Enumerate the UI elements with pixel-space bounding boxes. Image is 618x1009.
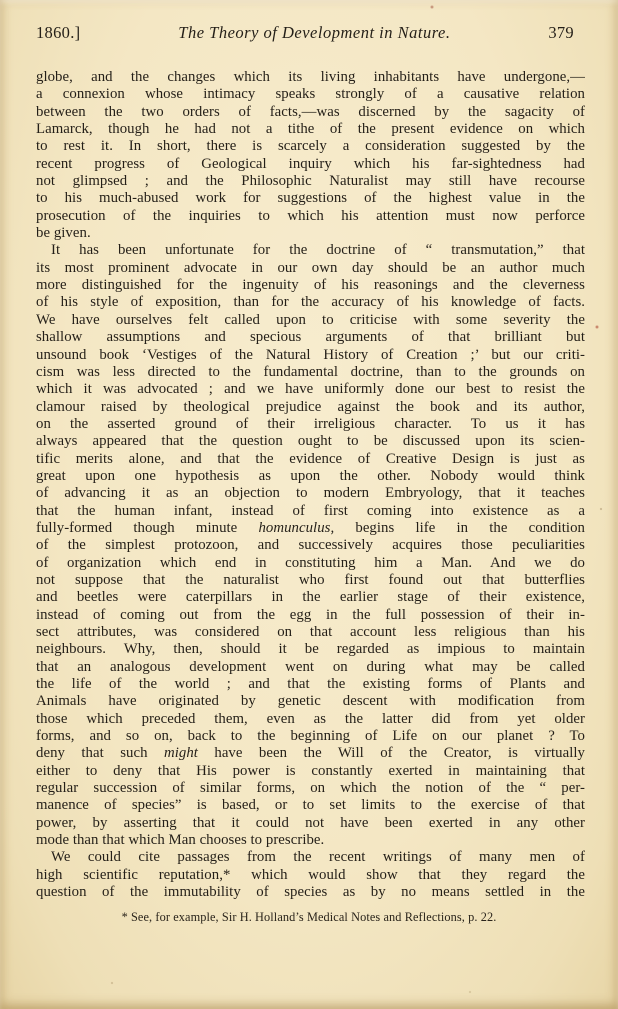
footnote: * See, for example, Sir H. Holland’s Med… — [0, 910, 618, 925]
text-line: that the human infant, instead of first … — [36, 503, 585, 520]
paragraph: We could cite passages from the recent w… — [36, 849, 585, 901]
text-line: to rest it. In short, there is scarcely … — [36, 138, 585, 155]
text-segment: of advancing it as an objection to moder… — [36, 485, 585, 501]
text-segment: fully-formed though minute — [36, 520, 258, 536]
text-line: mode than that which Man chooses to pres… — [36, 832, 585, 849]
text-segment: of the simplest protozoon, and successiv… — [36, 537, 585, 553]
text-segment: those which preceded them, even as the l… — [36, 711, 585, 727]
text-segment: It has been unfortunate for the doctrine… — [51, 242, 585, 258]
text-line: be given. — [36, 225, 585, 242]
text-line: of the simplest protozoon, and successiv… — [36, 537, 585, 554]
text-line: not glimpsed ; and the Philosophic Natur… — [36, 173, 585, 190]
text-line: high scientific reputation,* which would… — [36, 867, 585, 884]
text-segment: not glimpsed ; and the Philosophic Natur… — [36, 173, 585, 189]
text-segment: We have ourselves felt called upon to cr… — [36, 312, 585, 328]
page-header: 1860.] The Theory of Development in Natu… — [0, 0, 618, 43]
text-line: It has been unfortunate for the doctrine… — [36, 242, 585, 259]
text-line: great upon one hypothesis as upon the ot… — [36, 468, 585, 485]
text-segment: regular succession of similar forms, on … — [36, 780, 585, 796]
text-segment: Lamarck, though he had not a tithe of th… — [36, 121, 585, 137]
text-segment: to rest it. In short, there is scarcely … — [36, 138, 585, 154]
text-line: recent progress of Geological inquiry wh… — [36, 156, 585, 173]
text-line: more distinguished for the ingenuity of … — [36, 277, 585, 294]
text-segment: and beetles were caterpillars in the ear… — [36, 589, 585, 605]
text-segment: not suppose that the naturalist who firs… — [36, 572, 585, 588]
text-segment: shallow assumptions and specious argumen… — [36, 329, 585, 345]
text-segment: its most prominent advocate in our own d… — [36, 260, 585, 276]
text-segment: forms, and so on, back to the beginning … — [36, 728, 585, 744]
text-segment: have been the Will of the Creator, is vi… — [198, 745, 585, 761]
text-line: to his much-abused work for suggestions … — [36, 190, 585, 207]
italic-text-segment: homunculus, — [258, 520, 334, 536]
page-number: 379 — [548, 23, 574, 43]
text-line: power, by asserting that it could not ha… — [36, 815, 585, 832]
text-segment: recent progress of Geological inquiry wh… — [36, 156, 585, 172]
text-segment: We could cite passages from the recent w… — [51, 849, 585, 865]
text-segment: manence of species” is based, or to set … — [36, 797, 585, 813]
text-segment: be given. — [36, 225, 91, 241]
text-segment: always appeared that the question ought … — [36, 433, 585, 449]
text-line: of advancing it as an objection to moder… — [36, 485, 585, 502]
text-block: globe, and the changes which its living … — [36, 69, 585, 902]
text-segment: great upon one hypothesis as upon the ot… — [36, 468, 585, 484]
text-line: a connexion whose intimacy speaks strong… — [36, 86, 585, 103]
text-line: that an analogous development went on du… — [36, 659, 585, 676]
text-line: those which preceded them, even as the l… — [36, 711, 585, 728]
text-segment: either to deny that His power is constan… — [36, 763, 585, 779]
text-segment: prosecution of the inquiries to which hi… — [36, 208, 585, 224]
text-segment: neighbours. Why, then, should it be rega… — [36, 641, 585, 657]
text-line: and beetles were caterpillars in the ear… — [36, 589, 585, 606]
text-segment: that an analogous development went on du… — [36, 659, 585, 675]
text-line: question of the immutability of species … — [36, 884, 585, 901]
text-line: which it was advocated ; and we have uni… — [36, 381, 585, 398]
text-segment: clamour raised by theological prejudice … — [36, 399, 585, 415]
paragraph: It has been unfortunate for the doctrine… — [36, 242, 585, 849]
text-line: the life of the world ; and that the exi… — [36, 676, 585, 693]
text-segment: cism was less directed to the fundamenta… — [36, 364, 585, 380]
text-line: instead of coming out from the egg in th… — [36, 607, 585, 624]
text-line: between the two orders of facts,—was dis… — [36, 104, 585, 121]
text-segment: deny that such — [36, 745, 164, 761]
text-segment: which it was advocated ; and we have uni… — [36, 381, 585, 397]
text-segment: mode than that which Man chooses to pres… — [36, 832, 324, 848]
text-line: We could cite passages from the recent w… — [36, 849, 585, 866]
text-segment: of organization which end in constitutin… — [36, 555, 585, 571]
text-line: cism was less directed to the fundamenta… — [36, 364, 585, 381]
text-segment: of his style of exposition, than for the… — [36, 294, 585, 310]
text-line: clamour raised by theological prejudice … — [36, 399, 585, 416]
text-line: always appeared that the question ought … — [36, 433, 585, 450]
text-segment: tific merits alone, and that the evidenc… — [36, 451, 585, 467]
text-line: of his style of exposition, than for the… — [36, 294, 585, 311]
text-segment: to his much-abused work for suggestions … — [36, 190, 585, 206]
text-segment: Animals have originated by genetic desce… — [36, 693, 585, 709]
text-segment: question of the immutability of species … — [36, 884, 585, 900]
text-segment: begins life in the condition — [334, 520, 585, 536]
running-title: The Theory of Development in Nature. — [178, 23, 450, 43]
book-page: 1860.] The Theory of Development in Natu… — [0, 0, 618, 1009]
text-segment: that the human infant, instead of first … — [36, 503, 585, 519]
text-line: regular succession of similar forms, on … — [36, 780, 585, 797]
text-line: its most prominent advocate in our own d… — [36, 260, 585, 277]
text-segment: high scientific reputation,* which would… — [36, 867, 585, 883]
text-line: Lamarck, though he had not a tithe of th… — [36, 121, 585, 138]
text-line: forms, and so on, back to the beginning … — [36, 728, 585, 745]
text-line: prosecution of the inquiries to which hi… — [36, 208, 585, 225]
italic-text-segment: might — [164, 745, 198, 761]
text-line: globe, and the changes which its living … — [36, 69, 585, 86]
text-segment: more distinguished for the ingenuity of … — [36, 277, 585, 293]
text-line: deny that such might have been the Will … — [36, 745, 585, 762]
text-segment: unsound book ‘Vestiges of the Natural Hi… — [36, 347, 585, 363]
text-line: We have ourselves felt called upon to cr… — [36, 312, 585, 329]
text-segment: instead of coming out from the egg in th… — [36, 607, 585, 623]
text-line: fully-formed though minute homunculus, b… — [36, 520, 585, 537]
text-line: of organization which end in constitutin… — [36, 555, 585, 572]
text-line: either to deny that His power is constan… — [36, 763, 585, 780]
text-line: neighbours. Why, then, should it be rega… — [36, 641, 585, 658]
text-line: not suppose that the naturalist who firs… — [36, 572, 585, 589]
paragraph: globe, and the changes which its living … — [36, 69, 585, 242]
text-segment: power, by asserting that it could not ha… — [36, 815, 585, 831]
text-segment: between the two orders of facts,—was dis… — [36, 104, 585, 120]
text-segment: the life of the world ; and that the exi… — [36, 676, 585, 692]
text-line: on the asserted ground of their irreligi… — [36, 416, 585, 433]
header-year: 1860.] — [36, 23, 80, 43]
text-line: unsound book ‘Vestiges of the Natural Hi… — [36, 347, 585, 364]
text-line: sect attributes, was considered on that … — [36, 624, 585, 641]
text-line: tific merits alone, and that the evidenc… — [36, 451, 585, 468]
text-segment: globe, and the changes which its living … — [36, 69, 585, 85]
text-segment: a connexion whose intimacy speaks strong… — [36, 86, 585, 102]
text-line: shallow assumptions and specious argumen… — [36, 329, 585, 346]
text-segment: on the asserted ground of their irreligi… — [36, 416, 585, 432]
text-line: Animals have originated by genetic desce… — [36, 693, 585, 710]
text-segment: sect attributes, was considered on that … — [36, 624, 585, 640]
text-line: manence of species” is based, or to set … — [36, 797, 585, 814]
